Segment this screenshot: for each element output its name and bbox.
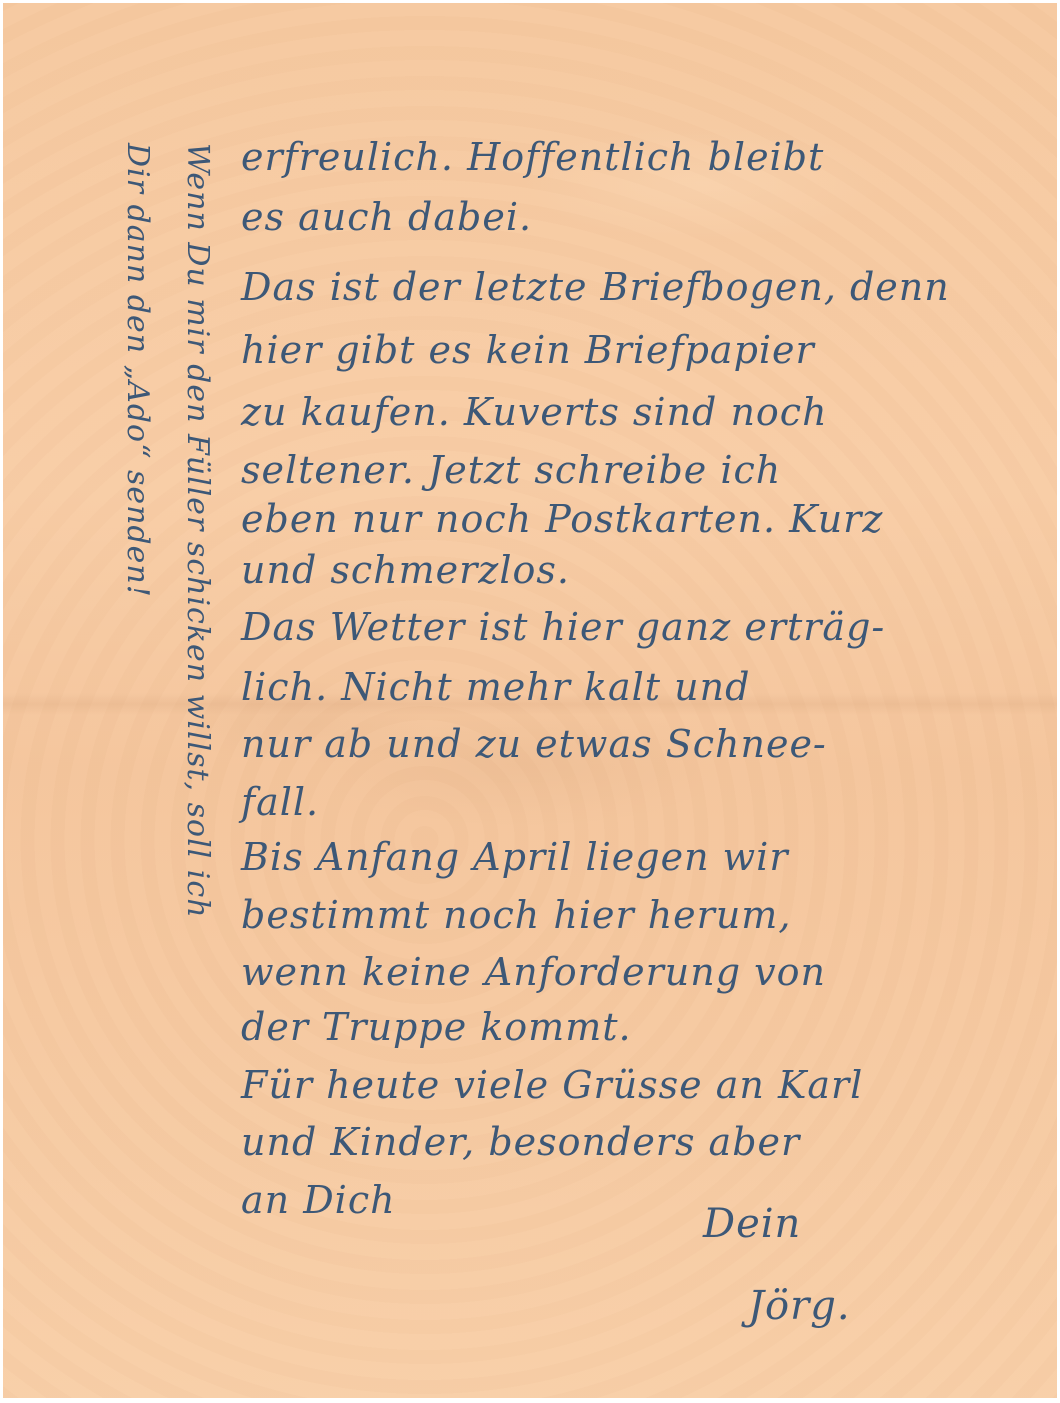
letter-line: und Kinder, besonders aber (241, 1123, 800, 1161)
closing-salutation: Dein (703, 1201, 801, 1247)
letter-line: wenn keine Anforderung von (241, 953, 826, 991)
letter-line: an Dich (241, 1181, 396, 1219)
letter-line: hier gibt es kein Briefpapier (241, 331, 815, 369)
letter-line: Das ist der letzte Briefbogen, denn (241, 268, 950, 306)
letter-line: lich. Nicht mehr kalt und (241, 668, 750, 706)
letter-line: es auch dabei. (241, 198, 532, 236)
letter-line: seltener. Jetzt schreibe ich (241, 451, 781, 489)
margin-note-line-1: Wenn Du mir den Füller schicken willst, … (180, 143, 215, 919)
letter-line: bestimmt noch hier herum, (241, 896, 791, 934)
letter-page: erfreulich. Hoffentlich bleibt es auch d… (3, 3, 1057, 1398)
margin-note-line-2: Dir dann den „Ado“ senden! (120, 143, 155, 598)
letter-line: und schmerzlos. (241, 551, 570, 589)
letter-line: der Truppe kommt. (241, 1008, 632, 1046)
letter-line: zu kaufen. Kuverts sind noch (241, 393, 828, 431)
signature: Jörg. (748, 1283, 851, 1329)
letter-line: nur ab und zu etwas Schnee- (241, 725, 827, 763)
letter-line: Das Wetter ist hier ganz erträg- (241, 608, 885, 646)
letter-line: eben nur noch Postkarten. Kurz (241, 500, 883, 538)
letter-line: fall. (241, 783, 319, 821)
letter-line: Für heute viele Grüsse an Karl (241, 1066, 863, 1104)
letter-line: erfreulich. Hoffentlich bleibt (241, 138, 824, 176)
letter-line: Bis Anfang April liegen wir (241, 838, 789, 876)
